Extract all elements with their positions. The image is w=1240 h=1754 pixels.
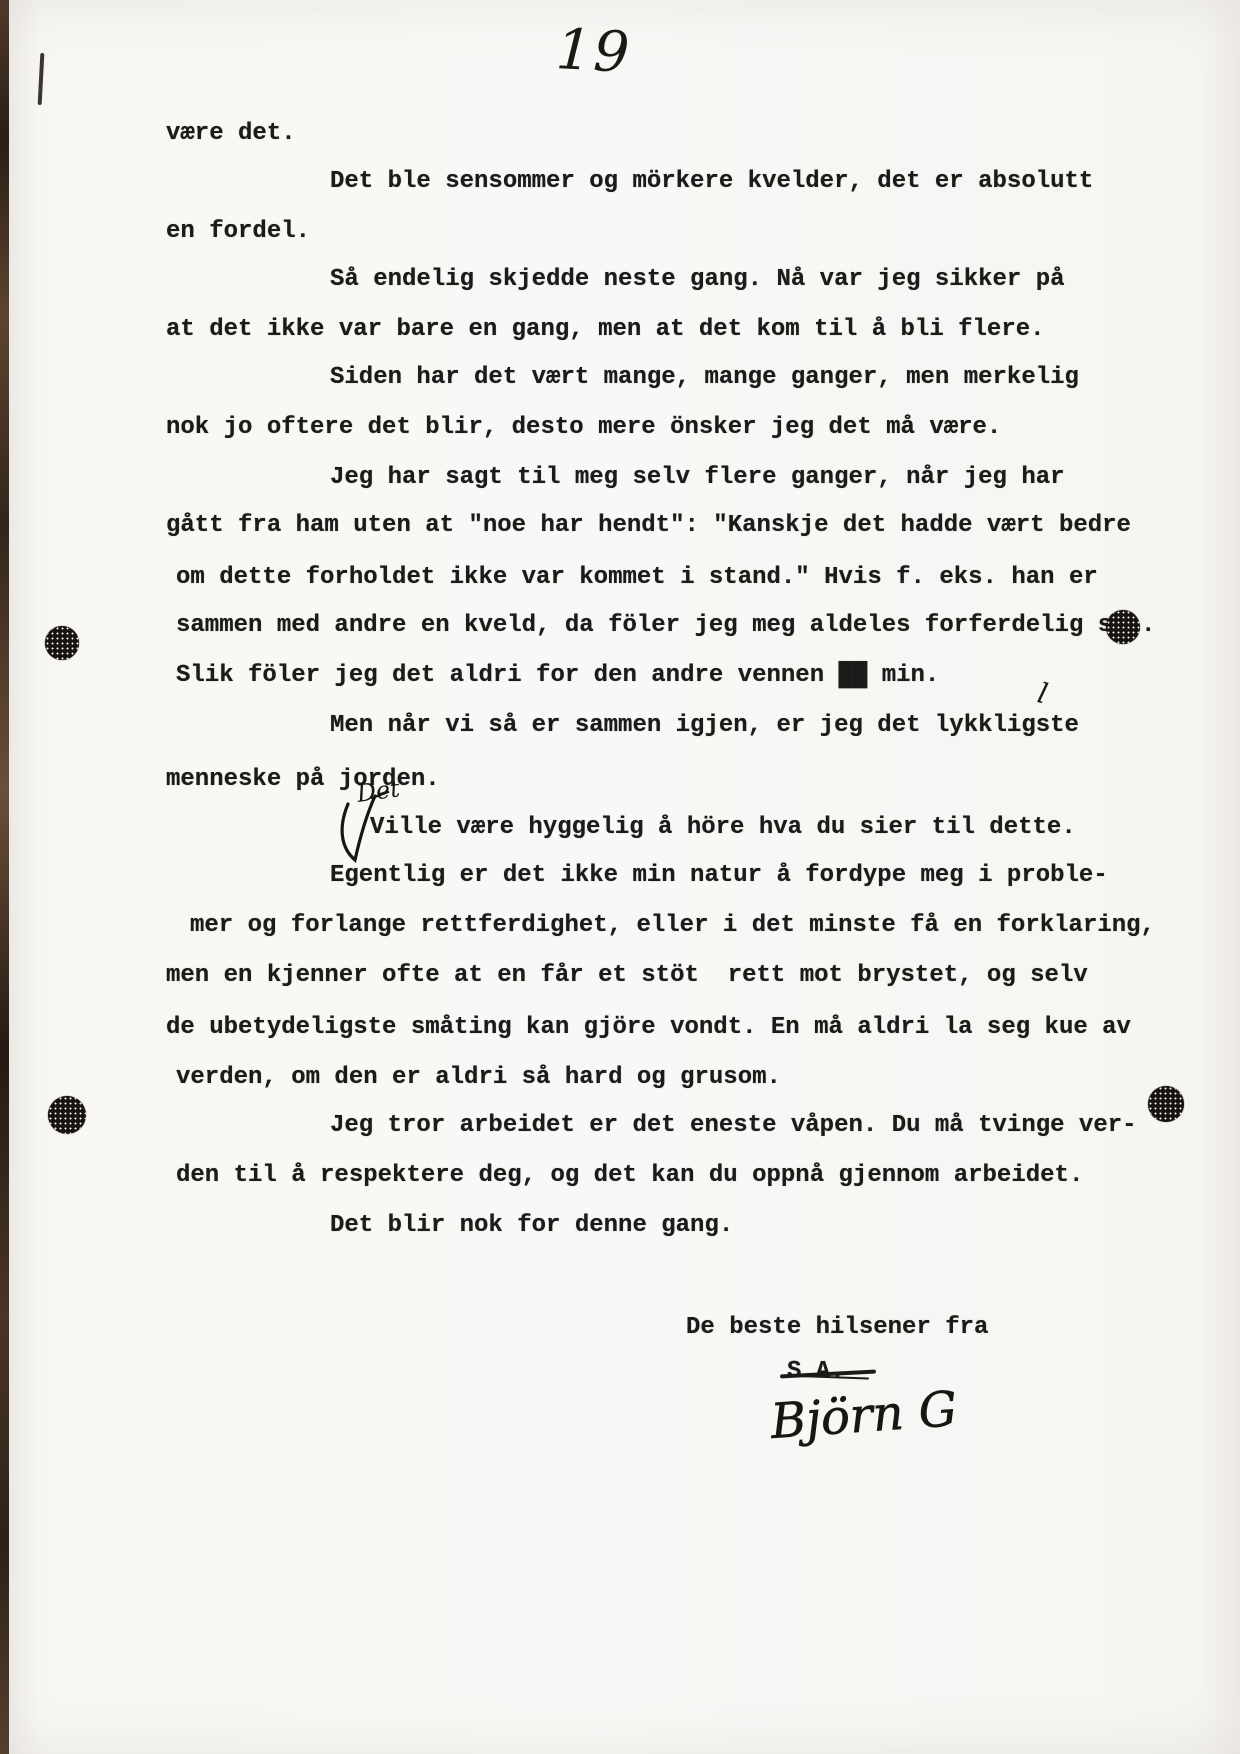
typed-line: om dette forholdet ikke var kommet i sta…: [176, 564, 1098, 592]
typed-line: de ubetydeligste småting kan gjöre vondt…: [166, 1014, 1131, 1042]
scanned-letter-page: 19 være det. Det ble sensommer og mörker…: [0, 0, 1240, 1754]
typed-line: Jeg tror arbeidet er det eneste våpen. D…: [330, 1112, 1137, 1140]
typed-line: Men når vi så er sammen igjen, er jeg de…: [330, 712, 1079, 740]
typed-line: en fordel.: [166, 218, 310, 246]
typed-line: nok jo oftere det blir, desto mere önske…: [166, 414, 1001, 442]
punch-dot-left-lower-icon: [48, 1096, 86, 1134]
page-number-handwritten: 19: [555, 22, 633, 82]
typed-line: Ville være hyggelig å höre hva du sier t…: [370, 814, 1076, 842]
ink-blot-over-word-icon: [1106, 610, 1140, 644]
typed-line: Det blir nok for denne gang.: [330, 1212, 733, 1240]
scan-artifact-mark: [38, 53, 45, 105]
typed-line: Siden har det vært mange, mange ganger, …: [330, 364, 1079, 392]
typed-line: Jeg har sagt til meg selv flere ganger, …: [330, 464, 1065, 492]
typed-line: mer og forlange rettferdighet, eller i d…: [190, 912, 1155, 940]
punch-dot-left-upper-icon: [45, 626, 79, 660]
typed-line: men en kjenner ofte at en får et stöt re…: [166, 962, 1088, 990]
typed-line: gått fra ham uten at "noe har hendt": "K…: [166, 512, 1131, 540]
closing-salutation: De beste hilsener fra: [686, 1314, 988, 1342]
typed-line: sammen med andre en kveld, da föler jeg …: [176, 612, 1155, 640]
scan-edge-left: [0, 0, 9, 1754]
typed-line: Slik föler jeg det aldri for den andre v…: [176, 662, 939, 690]
typed-line: Så endelig skjedde neste gang. Nå var je…: [330, 266, 1065, 294]
typed-line: være det.: [166, 120, 296, 148]
typed-line: den til å respektere deg, og det kan du …: [176, 1162, 1083, 1190]
handwritten-inserted-word: Det: [354, 782, 402, 808]
typed-line: Det ble sensommer og mörkere kvelder, de…: [330, 168, 1093, 196]
handwritten-inserted-letter: l: [1035, 679, 1050, 708]
ink-blot-right-margin-icon: [1148, 1086, 1184, 1122]
typed-line: verden, om den er aldri så hard og gruso…: [176, 1064, 781, 1092]
typed-line: at det ikke var bare en gang, men at det…: [166, 316, 1045, 344]
signature: Björn G: [756, 1376, 1016, 1472]
handwritten-insertion-group: Det: [328, 782, 458, 872]
signature-text: Björn G: [768, 1381, 959, 1450]
